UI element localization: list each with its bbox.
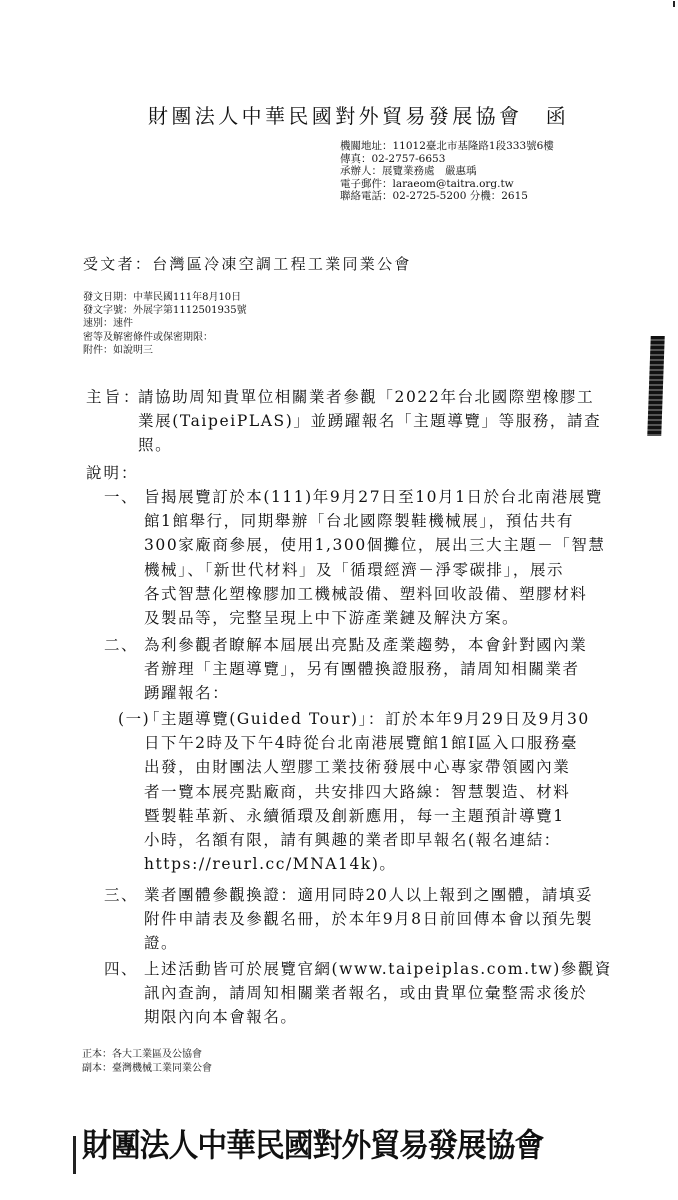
sub-item-number: (一) bbox=[118, 707, 150, 731]
item-line: 300家廠商參展，使用1,300個攤位，展出三大主題－「智慧 bbox=[144, 533, 626, 557]
item-number: 二、 bbox=[104, 633, 138, 657]
sender-address: 機關地址：11012臺北市基隆路1段333號6樓 bbox=[340, 140, 554, 153]
scan-corner-mark bbox=[673, 1, 675, 7]
subject-body: 請協助周知貴單位相關業者參觀「2022年台北國際塑橡膠工 業展(TaipeiPL… bbox=[138, 385, 626, 457]
item-line: 訊內查詢，請周知相關業者報名，或由貴單位彙整需求後於 bbox=[144, 981, 626, 1005]
item-body: 為利參觀者瞭解本屆展出亮點及產業趨勢，本會針對國內業 者辦理「主題導覽」，另有團… bbox=[144, 633, 626, 706]
explanation-item-4: 四、 上述活動皆可於展覽官網(www.taipeiplas.com.tw)參觀資… bbox=[104, 957, 626, 1030]
item-line: 附件申請表及參觀名冊，於本年9月8日前回傳本會以預先製 bbox=[144, 907, 626, 931]
item-line: 及製品等，完整呈現上中下游產業鏈及解決方案。 bbox=[144, 606, 626, 630]
registration-link[interactable]: https://reurl.cc/MNA14k)。 bbox=[144, 852, 626, 876]
item-number: 三、 bbox=[104, 883, 138, 907]
document-number: 發文字號：外展字第1112501935號 bbox=[83, 304, 247, 317]
scan-edge-mark bbox=[647, 336, 664, 436]
classification: 密等及解密條件或保密期限： bbox=[83, 331, 247, 344]
item-line: 各式智慧化塑橡膠加工機械設備、塑料回收設備、塑膠材料 bbox=[144, 582, 626, 606]
sender-info-block: 機關地址：11012臺北市基隆路1段333號6樓 傳真：02-2757-6653… bbox=[340, 140, 554, 203]
item-body: 旨揭展覽訂於本(111)年9月27日至10月1日於台北南港展覽 館1館舉行，同期… bbox=[144, 485, 626, 630]
sub-item-line: 日下午2時及下午4時從台北南港展覽館1館I區入口服務臺 bbox=[144, 731, 626, 755]
subject-section: 主旨： 請協助周知貴單位相關業者參觀「2022年台北國際塑橡膠工 業展(Taip… bbox=[86, 385, 626, 457]
item-line: 證。 bbox=[144, 931, 626, 955]
sender-email: 電子郵件：laraeom@taitra.org.tw bbox=[340, 178, 554, 191]
sub-item-line: 「主題導覽(Guided Tour)」：訂於本年9月29日及9月30 bbox=[144, 707, 626, 731]
recipient: 受文者：台灣區冷凍空調工程工業同業公會 bbox=[83, 253, 412, 274]
stamp-edge-mark bbox=[73, 1136, 76, 1174]
attachment: 附件：如說明三 bbox=[83, 344, 247, 357]
item-number: 四、 bbox=[104, 957, 138, 981]
item-line: 旨揭展覽訂於本(111)年9月27日至10月1日於台北南港展覽 bbox=[144, 485, 626, 509]
sub-item-body: 「主題導覽(Guided Tour)」：訂於本年9月29日及9月30 日下午2時… bbox=[144, 707, 626, 876]
item-number: 一、 bbox=[104, 485, 138, 509]
organization-seal: 財團法人中華民國對外貿易發展協會 bbox=[82, 1120, 543, 1166]
explanation-item-2: 二、 為利參觀者瞭解本屆展出亮點及產業趨勢，本會針對國內業 者辦理「主題導覽」，… bbox=[104, 633, 626, 706]
sub-item-line: 出發，由財團法人塑膠工業技術發展中心專家帶領國內業 bbox=[144, 755, 626, 779]
explanation-item-1: 一、 旨揭展覽訂於本(111)年9月27日至10月1日於台北南港展覽 館1館舉行… bbox=[104, 485, 626, 630]
item-line: 上述活動皆可於展覽官網(www.taipeiplas.com.tw)參觀資 bbox=[144, 957, 626, 981]
item-line: 館1館舉行，同期舉辦「台北國際製鞋機械展」，預估共有 bbox=[144, 509, 626, 533]
explanation-item-3: 三、 業者團體參觀換證：適用同時20人以上報到之團體，請填妥 附件申請表及參觀名… bbox=[104, 883, 626, 956]
sub-item-line: 暨製鞋革新、永續循環及創新應用，每一主題預計導覽1 bbox=[144, 804, 626, 828]
document-meta: 發文日期：中華民國111年8月10日 發文字號：外展字第1112501935號 … bbox=[83, 291, 247, 357]
explanation-sub-item-1: (一) 「主題導覽(Guided Tour)」：訂於本年9月29日及9月30 日… bbox=[118, 707, 626, 876]
sender-fax: 傳真：02-2757-6653 bbox=[340, 153, 554, 166]
sender-handler: 承辦人：展覽業務處 嚴惠瑀 bbox=[340, 165, 554, 178]
sub-item-line: 者一覽本展亮點廠商，共安排四大路線：智慧製造、材料 bbox=[144, 780, 626, 804]
subject-label: 主旨： bbox=[86, 385, 142, 409]
document-title: 財團法人中華民國對外貿易發展協會 函 bbox=[148, 100, 569, 129]
subject-line: 請協助周知貴單位相關業者參觀「2022年台北國際塑橡膠工 bbox=[138, 385, 626, 409]
item-line: 期限內向本會報名。 bbox=[144, 1005, 626, 1029]
sender-phone: 聯絡電話：02-2725-5200 分機：2615 bbox=[340, 190, 554, 203]
item-body: 業者團體參觀換證：適用同時20人以上報到之團體，請填妥 附件申請表及參觀名冊，於… bbox=[144, 883, 626, 956]
delivery-speed: 速別：速件 bbox=[83, 317, 247, 330]
item-body: 上述活動皆可於展覽官網(www.taipeiplas.com.tw)參觀資 訊內… bbox=[144, 957, 626, 1030]
item-line: 者辦理「主題導覽」，另有團體換證服務，請周知相關業者 bbox=[144, 657, 626, 681]
subject-line: 業展(TaipeiPLAS)」並踴躍報名「主題導覽」等服務，請查 bbox=[138, 409, 626, 433]
sub-item-line: 小時，名額有限，請有興趣的業者即早報名(報名連結： bbox=[144, 828, 626, 852]
item-line: 機械」、「新世代材料」及「循環經濟－淨零碳排」，展示 bbox=[144, 558, 626, 582]
distribution-list: 正本：各大工業區及公協會 副本：臺灣機械工業同業公會 bbox=[82, 1048, 212, 1075]
item-line: 為利參觀者瞭解本屆展出亮點及產業趨勢，本會針對國內業 bbox=[144, 633, 626, 657]
copy-recipients: 副本：臺灣機械工業同業公會 bbox=[82, 1062, 212, 1076]
item-line: 踴躍報名： bbox=[144, 681, 626, 705]
item-line: 業者團體參觀換證：適用同時20人以上報到之團體，請填妥 bbox=[144, 883, 626, 907]
subject-line: 照。 bbox=[138, 433, 626, 457]
issue-date: 發文日期：中華民國111年8月10日 bbox=[83, 291, 247, 304]
original-recipients: 正本：各大工業區及公協會 bbox=[82, 1048, 212, 1062]
explanation-label: 說明： bbox=[86, 461, 139, 483]
